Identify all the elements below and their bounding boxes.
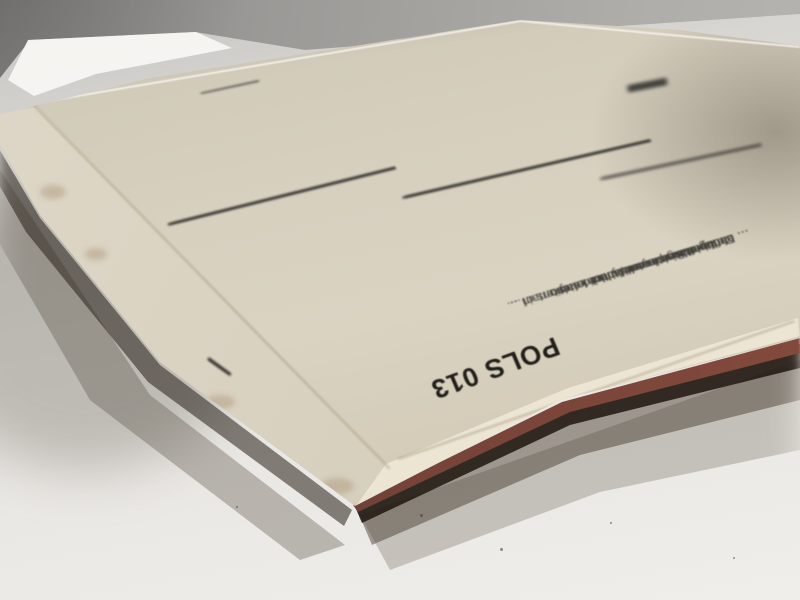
dust-speck (420, 514, 423, 517)
spine-stain (85, 248, 107, 260)
spine-stain (40, 185, 66, 199)
dust-speck (500, 548, 503, 551)
photo-stage: … enough the numerous radio stations of … (0, 0, 800, 600)
dust-speck (236, 506, 238, 508)
dust-speck (733, 557, 735, 559)
dust-speck (610, 522, 612, 524)
